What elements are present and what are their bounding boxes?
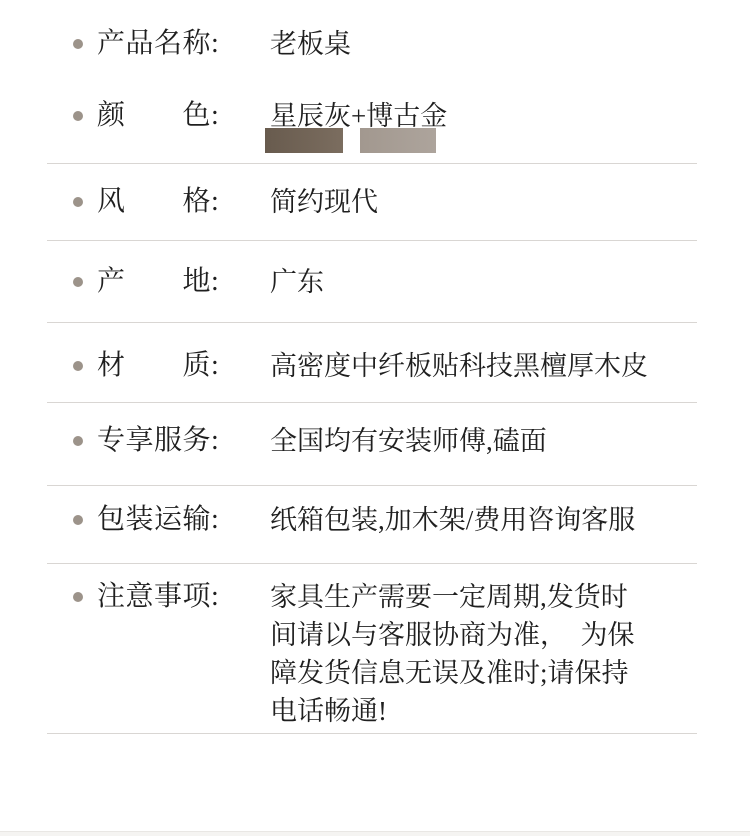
notes-line: 间请以与客服协商为准， 为保 <box>270 616 662 654</box>
spec-row-shipping: 包装运输: 纸箱包装,加木架/费用咨询客服 <box>73 506 635 534</box>
spec-row-product-name: 产品名称: 老板桌 <box>73 30 351 58</box>
notes-line: 障发货信息无误及准时;请保持 <box>270 654 662 692</box>
spec-value-material: 高密度中纤板贴科技黑檀厚木皮 <box>270 352 648 380</box>
divider <box>47 402 697 403</box>
spec-row-style: 风 格: 简约现代 <box>73 188 378 216</box>
notes-line: 电话畅通! <box>270 692 662 730</box>
bullet-icon <box>73 515 83 525</box>
product-spec-sheet: 产品名称: 老板桌 颜 色: 星辰灰+博古金 风 格: 简约现代 产 地: 广东… <box>0 0 750 836</box>
spec-label-color: 颜 色: <box>97 102 228 130</box>
bullet-icon <box>73 436 83 446</box>
bullet-icon <box>73 111 83 121</box>
spec-row-color: 颜 色: 星辰灰+博古金 <box>73 102 447 130</box>
spec-value-notes: 家具生产需要一定周期,发货时 间请以与客服协商为准， 为保 障发货信息无误及准时… <box>270 578 662 730</box>
spec-value-style: 简约现代 <box>270 188 378 216</box>
divider <box>47 733 697 734</box>
divider <box>47 485 697 486</box>
spec-value-color: 星辰灰+博古金 <box>270 102 447 130</box>
divider <box>47 163 697 164</box>
spec-label-service: 专享服务: <box>97 427 228 455</box>
bullet-icon <box>73 361 83 371</box>
spec-label-origin: 产 地: <box>97 268 228 296</box>
bullet-icon <box>73 592 83 602</box>
spec-label-shipping: 包装运输: <box>97 506 228 534</box>
next-section-edge <box>0 831 750 836</box>
color-swatch-bogujin <box>360 128 436 153</box>
bullet-icon <box>73 39 83 49</box>
spec-label-material: 材 质: <box>97 352 228 380</box>
bullet-icon <box>73 277 83 287</box>
spec-row-notes: 注意事项: 家具生产需要一定周期,发货时 间请以与客服协商为准， 为保 障发货信… <box>73 578 662 730</box>
spec-value-product-name: 老板桌 <box>270 30 351 58</box>
divider <box>47 322 697 323</box>
spec-value-shipping: 纸箱包装,加木架/费用咨询客服 <box>270 506 635 534</box>
spec-row-service: 专享服务: 全国均有安装师傅,磕面 <box>73 427 547 455</box>
color-swatch-xingchenhui <box>265 128 343 153</box>
divider <box>47 563 697 564</box>
spec-label-product-name: 产品名称: <box>97 30 228 58</box>
spec-value-origin: 广东 <box>270 268 324 296</box>
spec-row-origin: 产 地: 广东 <box>73 268 324 296</box>
spec-value-service: 全国均有安装师傅,磕面 <box>270 427 547 455</box>
spec-row-material: 材 质: 高密度中纤板贴科技黑檀厚木皮 <box>73 352 648 380</box>
bullet-icon <box>73 197 83 207</box>
spec-label-style: 风 格: <box>97 188 228 216</box>
spec-label-notes: 注意事项: <box>97 583 228 611</box>
divider <box>47 240 697 241</box>
notes-line: 家具生产需要一定周期,发货时 <box>270 578 662 616</box>
